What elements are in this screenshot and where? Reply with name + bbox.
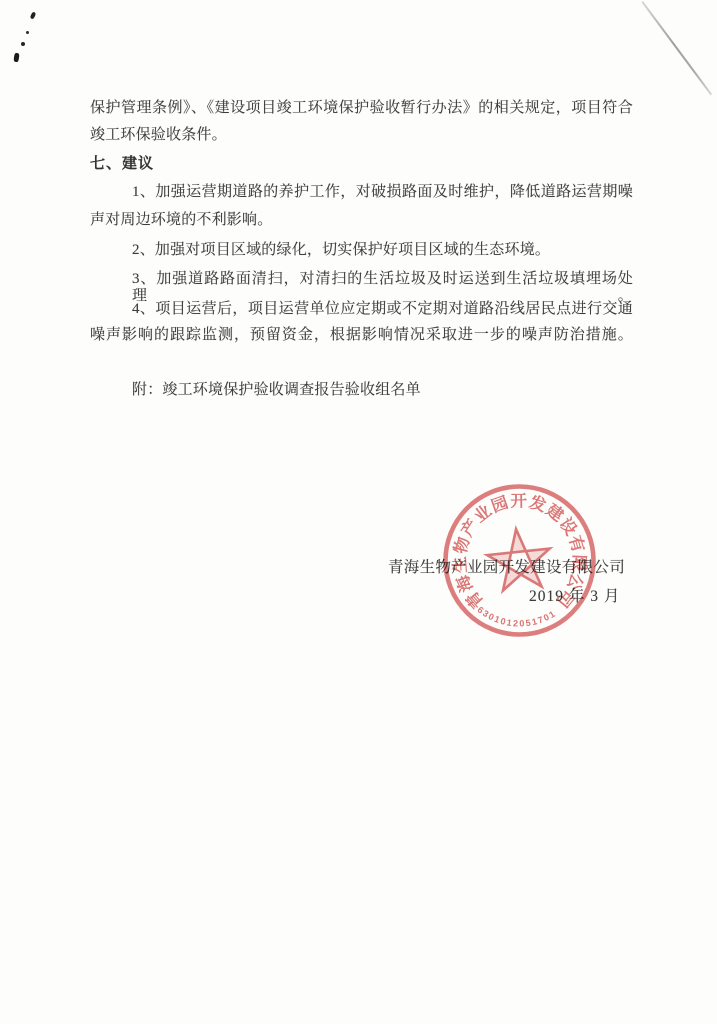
scan-speck [21,42,25,46]
scan-speck [26,31,29,34]
body-line: 声对周边环境的不利影响。 [90,212,633,229]
body-line: 保护管理条例》、《建设项目竣工环境保护验收暂行办法》的相关规定，项目符合 [90,100,633,117]
body-line: 2、加强对项目区域的绿化，切实保护好项目区域的生态环境。 [90,242,633,259]
body-line: 3、加强道路路面清扫，对清扫的生活垃圾及时运送到生活垃圾填埋场处理。 [90,271,633,305]
body-line: 竣工环保验收条件。 [90,127,633,144]
attachment-note: 附：竣工环境保护验收调查报告验收组名单 [90,382,633,399]
star-icon [485,526,554,592]
document-page: 保护管理条例》、《建设项目竣工环境保护验收暂行办法》的相关规定，项目符合 竣工环… [0,0,717,1024]
official-seal: 青海生物产业园开发建设有限公司 6301012051701 [438,480,602,644]
body-line: 噪声影响的跟踪监测，预留资金，根据影响情况采取进一步的噪声防治措施。 [90,327,633,344]
scan-speck [13,53,19,63]
page-fold-crease [642,1,712,95]
scan-speck [30,11,37,19]
body-line: 4、项目运营后，项目运营单位应定期或不定期对道路沿线居民点进行交通 [90,301,633,318]
body-line: 1、加强运营期道路的养护工作，对破损路面及时维护，降低道路运营期噪 [90,184,633,201]
section-heading: 七、建议 [90,155,633,172]
